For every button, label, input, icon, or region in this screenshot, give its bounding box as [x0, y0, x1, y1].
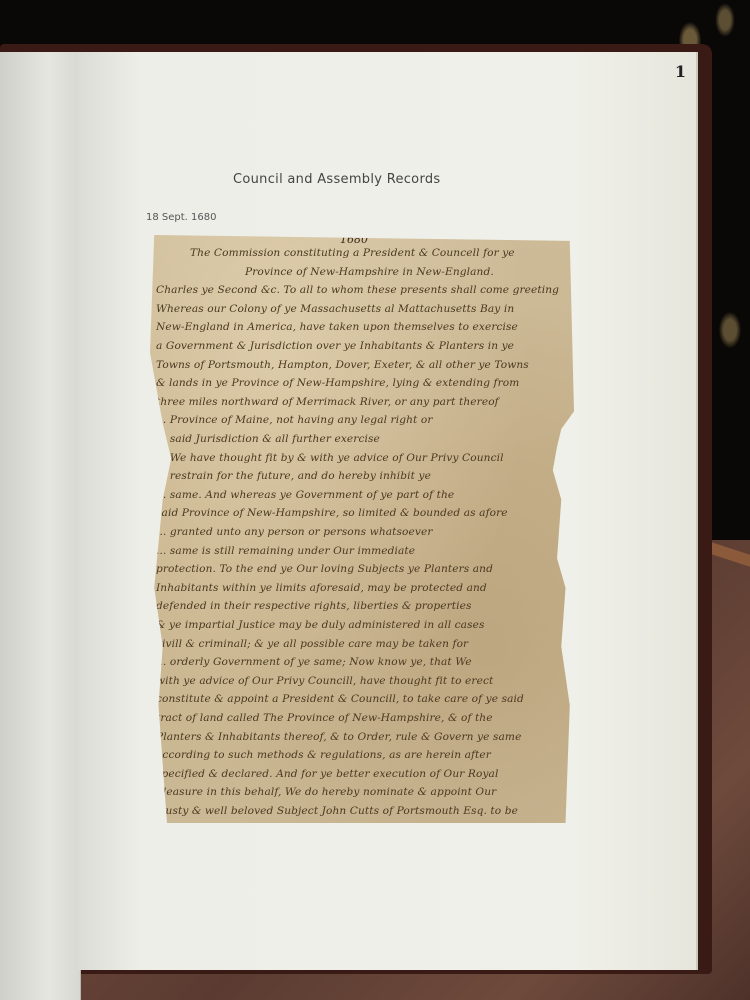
- manuscript-line: defended in their respective rights, lib…: [156, 600, 568, 612]
- manuscript-line: Whereas our Colony of ye Massachusetts a…: [156, 303, 568, 315]
- manuscript-line: Province of New-Hampshire in New-England…: [245, 266, 568, 278]
- manuscript-line: ... orderly Government of ye same; Now k…: [156, 656, 568, 668]
- manuscript-line: & lands in ye Province of New-Hampshire,…: [156, 377, 568, 389]
- manuscript-line: Inhabitants within ye limits aforesaid, …: [156, 582, 568, 594]
- manuscript-line: ... same is still remaining under Our im…: [156, 545, 568, 557]
- manuscript-line: specified & declared. And for ye better …: [156, 768, 568, 780]
- manuscript-year: 1680: [340, 233, 368, 246]
- manuscript-line: ... same. And whereas ye Government of y…: [156, 489, 568, 501]
- manuscript-line: The Commission constituting a President …: [190, 247, 568, 259]
- manuscript-line: New-England in America, have taken upon …: [156, 321, 568, 333]
- page-number: 1: [675, 62, 686, 81]
- manuscript-line: a Government & Jurisdiction over ye Inha…: [156, 340, 568, 352]
- manuscript-line: tract of land called The Province of New…: [156, 712, 568, 724]
- manuscript-line: three miles northward of Merrimack River…: [156, 396, 568, 408]
- manuscript-line: Planters & Inhabitants thereof, & to Ord…: [156, 731, 568, 743]
- page-heading: Council and Assembly Records: [233, 172, 440, 187]
- manuscript-line: & ye impartial Justice may be duly admin…: [156, 619, 568, 631]
- manuscript-line: with ye advice of Our Privy Councill, ha…: [156, 675, 568, 687]
- manuscript-line: ... restrain for the future, and do here…: [156, 470, 568, 482]
- manuscript-line: ... said Jurisdiction & all further exer…: [156, 433, 568, 445]
- manuscript-line: ... Province of Maine, not having any le…: [156, 414, 568, 426]
- manuscript-line: civill & criminall; & ye all possible ca…: [156, 638, 568, 650]
- manuscript-line: ... granted unto any person or persons w…: [156, 526, 568, 538]
- manuscript-line: according to such methods & regulations,…: [156, 749, 568, 761]
- manuscript-line: ... We have thought fit by & with ye adv…: [156, 452, 568, 464]
- manuscript-line: constitute & appoint a President & Counc…: [156, 693, 568, 705]
- right-page: 1 Council and Assembly Records 18 Sept. …: [78, 52, 696, 970]
- left-page: [0, 52, 81, 1000]
- date-note: 18 Sept. 1680: [146, 212, 216, 223]
- manuscript-line: protection. To the end ye Our loving Sub…: [156, 563, 568, 575]
- manuscript-line: said Province of New-Hampshire, so limit…: [156, 507, 568, 519]
- manuscript-line: pleasure in this behalf, We do hereby no…: [156, 786, 568, 798]
- manuscript-line: Towns of Portsmouth, Hampton, Dover, Exe…: [156, 359, 568, 371]
- manuscript-document: 1680 The Commission constituting a Presi…: [150, 235, 574, 823]
- manuscript-line: trusty & well beloved Subject John Cutts…: [156, 805, 568, 817]
- manuscript-line: Charles ye Second &c. To all to whom the…: [156, 284, 568, 296]
